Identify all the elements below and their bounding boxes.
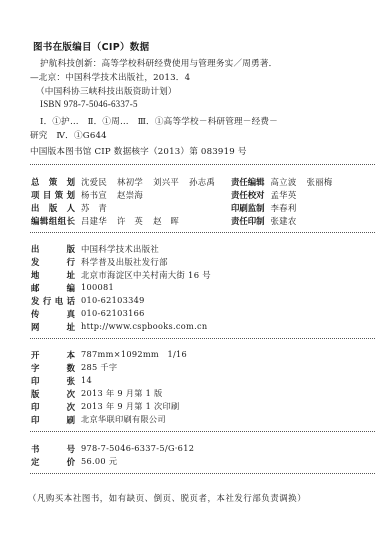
spec-row-word-count: 字数 285 千字 xyxy=(31,362,117,374)
publisher-row-address: 地址 北京市海淀区中关村南大街 16 号 xyxy=(31,269,211,281)
publisher-row-sales-phone: 发行电话 010-62103349 xyxy=(31,295,145,307)
staff-names: 杨书宣赵崇海 xyxy=(81,189,153,201)
staff-row-chief-planner: 总 策 划 沈爱民林初学刘兴平孙志禹 xyxy=(31,176,225,188)
staff-label: 出版人 xyxy=(31,202,75,214)
exchange-notice: （凡购买本社图书，如有缺页、倒页、脱页者，本社发行部负责调换） xyxy=(28,492,306,504)
cip-line-publisher: —北京：中国科学技术出版社，2013．4 xyxy=(30,71,190,83)
cip-record-number: 中国版本图书馆 CIP 数据核字（2013）第 083919 号 xyxy=(30,145,247,157)
divider xyxy=(30,164,375,165)
divider xyxy=(30,431,375,432)
cip-line-classification: Ⅰ．①护… Ⅱ．①周… Ⅲ．①高等学校－科研管理－经费－ xyxy=(40,115,278,127)
staff-row-proofreader: 责任校对 孟华英 xyxy=(231,189,307,201)
publisher-row-publisher: 出版 中国科学技术出版社 xyxy=(31,243,159,255)
staff-row-responsible-editor: 责任编辑 高立波张丽梅 xyxy=(231,176,343,188)
spec-row-format: 开本 787mm×1092mm 1/16 xyxy=(31,349,187,361)
divider xyxy=(30,232,375,233)
divider xyxy=(30,338,375,339)
staff-names: 吕建华许 英赵 晖 xyxy=(81,215,189,227)
staff-row-print-supervisor: 印刷监制 李春利 xyxy=(231,202,307,214)
book-row-price: 定价 56.00 元 xyxy=(31,456,117,468)
spec-row-printing: 印次 2013 年 9 月第 1 次印刷 xyxy=(31,401,180,413)
staff-label: 项目策划 xyxy=(31,189,75,201)
cip-line-title: 护航科技创新：高等学校科研经费使用与管理务实／周勇著． xyxy=(40,57,277,69)
publisher-row-distributor: 发行 科学普及出版社发行部 xyxy=(31,256,168,268)
staff-label: 总 策 划 xyxy=(31,176,75,188)
cip-title: 图书在版编目（CIP）数据 xyxy=(33,39,149,53)
staff-label: 编辑组组长 xyxy=(31,215,75,227)
spec-row-edition: 版次 2013 年 9 月第 1 版 xyxy=(31,388,163,400)
publisher-row-postcode: 邮编 100081 xyxy=(31,282,114,294)
cip-line-classification-cont: 研究 Ⅳ．①G644 xyxy=(30,129,107,141)
book-row-isbn: 书号 978-7-5046-6337-5/G·612 xyxy=(31,443,194,455)
staff-row-publisher-person: 出版人 苏 青 xyxy=(31,202,117,214)
spec-row-printer: 印刷 北京华联印刷有限公司 xyxy=(31,414,166,426)
publisher-row-fax: 传真 010-62103166 xyxy=(31,308,145,320)
cip-line-series: （中国科协三峡科技出版资助计划） xyxy=(36,85,177,97)
publisher-row-website: 网址 http://www.cspbooks.com.cn xyxy=(31,321,207,333)
staff-row-print-manager: 责任印制 张建农 xyxy=(231,215,307,227)
divider xyxy=(30,473,375,474)
staff-row-editorial-leader: 编辑组组长 吕建华许 英赵 晖 xyxy=(31,215,189,227)
staff-row-project-planner: 项目策划 杨书宣赵崇海 xyxy=(31,189,153,201)
website-link: http://www.cspbooks.com.cn xyxy=(81,321,207,333)
spec-row-sheets: 印张 14 xyxy=(31,375,92,387)
staff-names: 沈爱民林初学刘兴平孙志禹 xyxy=(81,176,225,188)
staff-names: 苏 青 xyxy=(81,202,117,214)
cip-line-isbn: ISBN 978-7-5046-6337-5 xyxy=(40,99,138,109)
